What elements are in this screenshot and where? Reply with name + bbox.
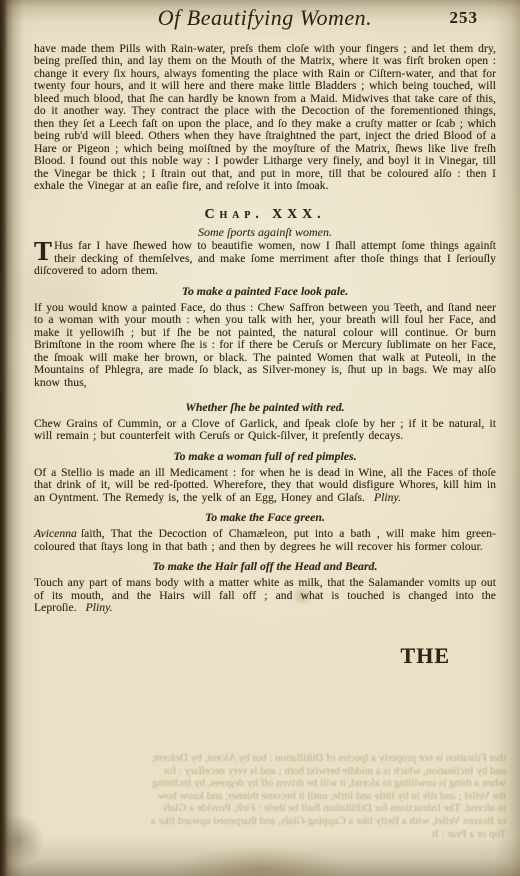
section-heading-painted-with-red: Whether ſhe be painted with red.	[34, 400, 496, 415]
paragraph-red-pimples: Of a Stellio is made an ill Medicament :…	[34, 467, 496, 504]
author-name-avicenna: Avicenna	[34, 527, 77, 540]
chapter-block: Chap. XXX. Some ſports againſt women.	[34, 207, 496, 240]
source-citation-pliny-2: Pliny.	[86, 601, 113, 614]
running-title: Of Beautifying Women.	[34, 5, 496, 31]
bleedthrough-line: the Veſſel ; and riſe in by little and l…	[14, 790, 506, 803]
chapter-heading: Chap. XXX.	[34, 207, 496, 223]
paragraph-painted-face-pale: If you would know a painted Face, do thu…	[34, 302, 496, 389]
catchword: THE	[34, 643, 496, 669]
section-heading-red-pimples: To make a woman full of red pimples.	[34, 449, 496, 464]
book-page-scan: Of Beautifying Women. 253 have made them…	[0, 0, 520, 876]
bleedthrough-line: and by Inclination, which is a middle be…	[14, 765, 506, 778]
bleedthrough-line: to aſcend. The Inſtructions for Diſtilla…	[14, 802, 506, 815]
chapter-intro-text: Hus far I have ſhewed how to beautifie w…	[34, 239, 496, 277]
drop-cap: T	[34, 240, 54, 263]
paragraph-painted-with-red: Chew Grains of Cummin, or a Clove of Gar…	[34, 418, 496, 443]
bleedthrough-line: when a thing is unwilling to aſcend, it …	[14, 777, 506, 790]
section-heading-face-green: To make the Face green.	[34, 510, 496, 525]
paragraph-red-pimples-text: Of a Stellio is made an ill Medicament :…	[34, 466, 496, 504]
page-content: Of Beautifying Women. 253 have made them…	[34, 0, 496, 669]
section-heading-painted-face-pale: To make a painted Face look pale.	[34, 284, 496, 299]
bleedthrough-line: Top or a Pear : It	[14, 828, 506, 841]
paragraph-face-green-text: ſaith, That the Decoction of Chamæleon, …	[34, 527, 496, 552]
bleedthrough-text: that Filtration is not properly a ſpecie…	[14, 752, 506, 840]
bleedthrough-line: that Filtration is not properly a ſpecie…	[14, 752, 506, 765]
chapter-intro-paragraph: THus far I have ſhewed how to beautifie …	[34, 240, 496, 277]
paragraph-hair-fall-off: Touch any part of mans body with a matte…	[34, 577, 496, 614]
opening-paragraph: have made them Pills with Rain-water, pr…	[34, 43, 496, 192]
running-head: Of Beautifying Women. 253	[34, 0, 496, 43]
page-number: 253	[450, 8, 479, 28]
source-citation-pliny: Pliny.	[374, 491, 401, 504]
bleedthrough-line: or Brazen Veſſel, with a Belly like a Cu…	[14, 815, 506, 828]
section-heading-hair-fall-off: To make the Hair fall off the Head and B…	[34, 559, 496, 574]
paragraph-face-green: Avicennaſaith, That the Decoction of Cha…	[34, 528, 496, 553]
